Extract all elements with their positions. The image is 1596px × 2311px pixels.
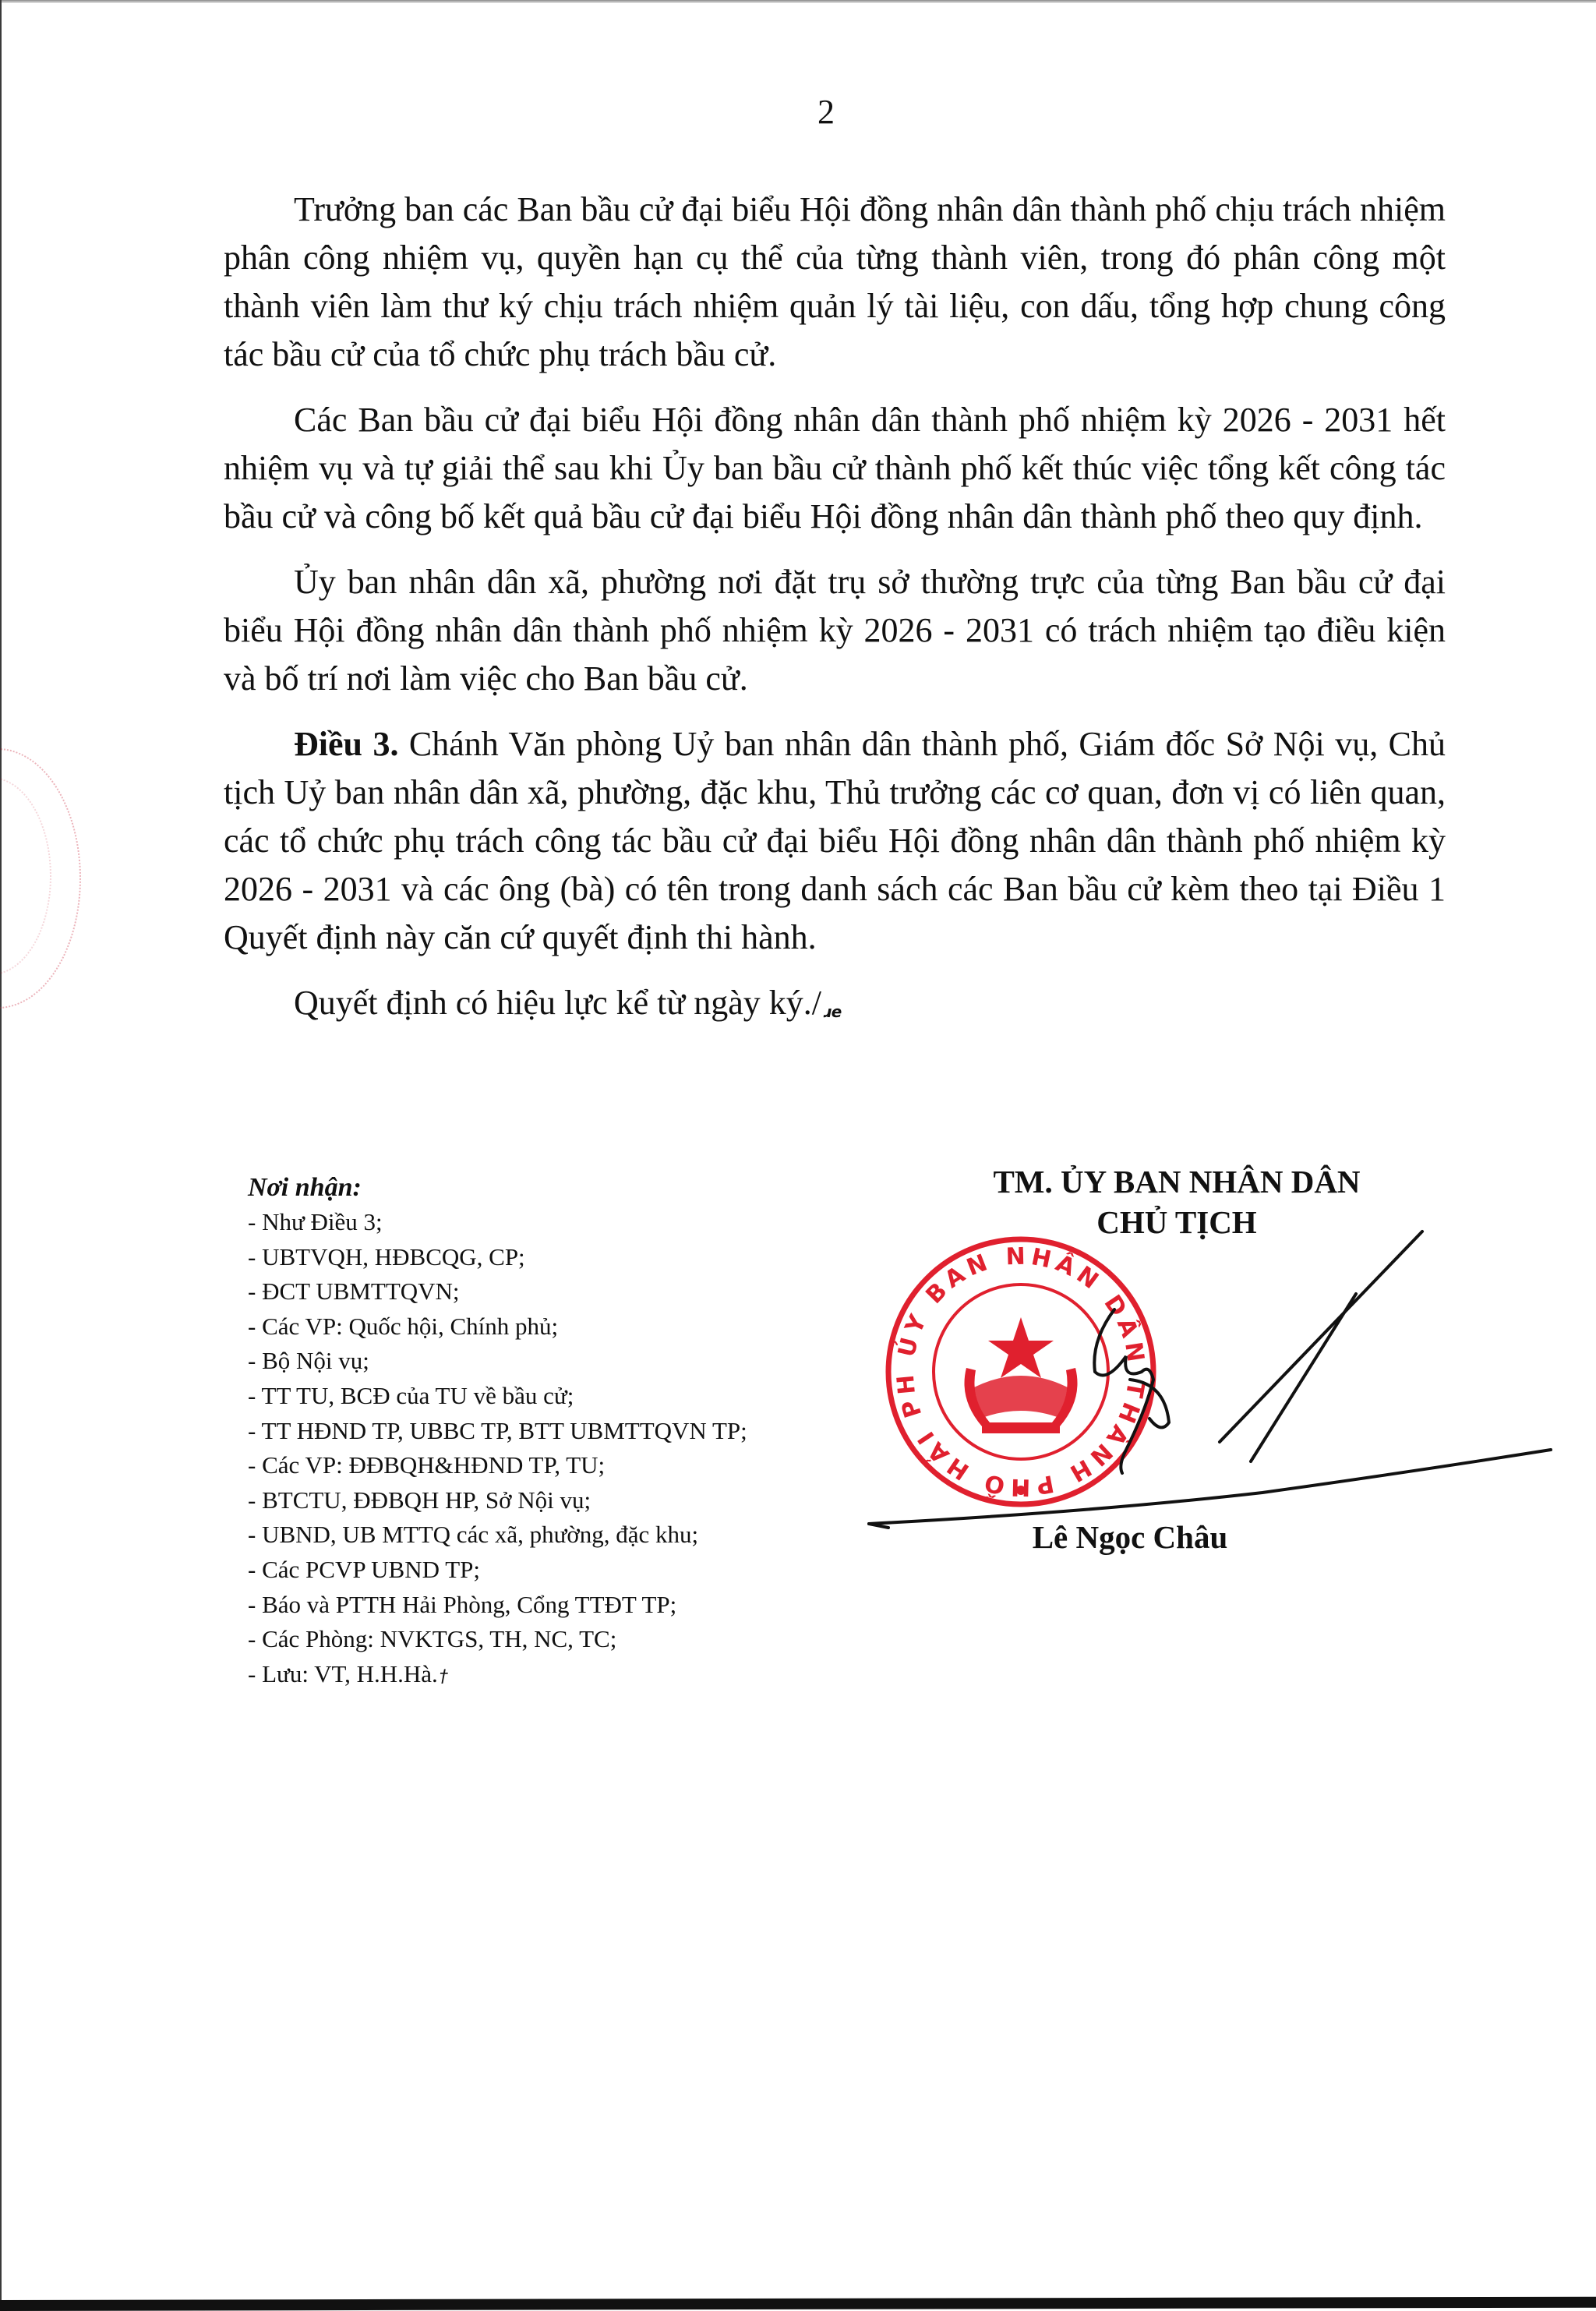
recipient-item: Các Phòng: NVKTGS, TH, NC, TC; [248, 1622, 871, 1657]
effective-clause: Quyết định có hiệu lực kể từ ngày ký./ɹe [224, 979, 1446, 1036]
bleed-through-seal [0, 748, 81, 1009]
recipient-item: BTCTU, ĐĐBQH HP, Sở Nội vụ; [248, 1483, 871, 1518]
article-3-text: Chánh Văn phòng Uỷ ban nhân dân thành ph… [224, 725, 1446, 956]
article-3-label: Điều 3. [294, 725, 398, 763]
recipient-item: Các PCVP UBND TP; [248, 1553, 871, 1588]
handwritten-mark: † [440, 1667, 448, 1687]
recipient-item: Như Điều 3; [248, 1205, 871, 1240]
recipient-item: ĐCT UBMTTQVN; [248, 1274, 871, 1309]
scan-edge-top [0, 0, 1596, 3]
scan-edge-left [0, 0, 2, 2311]
effective-clause-text: Quyết định có hiệu lực kể từ ngày ký./ [294, 984, 821, 1022]
scan-edge-bottom [0, 2297, 1596, 2311]
recipient-item: UBTVQH, HĐBCQG, CP; [248, 1240, 871, 1275]
page-number: 2 [0, 92, 1596, 132]
recipient-item-archive: Lưu: VT, H.H.Hà.† [248, 1657, 871, 1695]
recipient-item: Các VP: Quốc hội, Chính phủ; [248, 1309, 871, 1345]
signer-name: Lê Ngọc Châu [966, 1518, 1294, 1556]
recipients-title: Nơi nhận: [248, 1171, 871, 1205]
recipient-item: Các VP: ĐĐBQH&HĐND TP, TU; [248, 1448, 871, 1483]
handwritten-initials: ɹe [823, 1002, 842, 1021]
handwritten-signature [857, 1185, 1559, 1543]
article-3: Điều 3. Chánh Văn phòng Uỷ ban nhân dân … [224, 720, 1446, 962]
paragraph-dissolution: Các Ban bầu cử đại biểu Hội đồng nhân dâ… [224, 396, 1446, 541]
recipients-list: Như Điều 3; UBTVQH, HĐBCQG, CP; ĐCT UBMT… [248, 1205, 871, 1694]
recipient-item: TT TU, BCĐ của TU về bầu cử; [248, 1379, 871, 1414]
recipient-item: UBND, UB MTTQ các xã, phường, đặc khu; [248, 1518, 871, 1553]
recipient-item: TT HĐND TP, UBBC TP, BTT UBMTTQVN TP; [248, 1414, 871, 1449]
recipient-item: Báo và PTTH Hải Phòng, Cổng TTĐT TP; [248, 1588, 871, 1623]
recipients-block: Nơi nhận: Như Điều 3; UBTVQH, HĐBCQG, CP… [248, 1171, 871, 1694]
paragraph-chairman-duties: Trưởng ban các Ban bầu cử đại biểu Hội đ… [224, 186, 1446, 379]
recipient-item: Bộ Nội vụ; [248, 1344, 871, 1379]
document-body: Trưởng ban các Ban bầu cử đại biểu Hội đ… [224, 186, 1446, 1053]
paragraph-workplace: Ủy ban nhân dân xã, phường nơi đặt trụ s… [224, 558, 1446, 703]
